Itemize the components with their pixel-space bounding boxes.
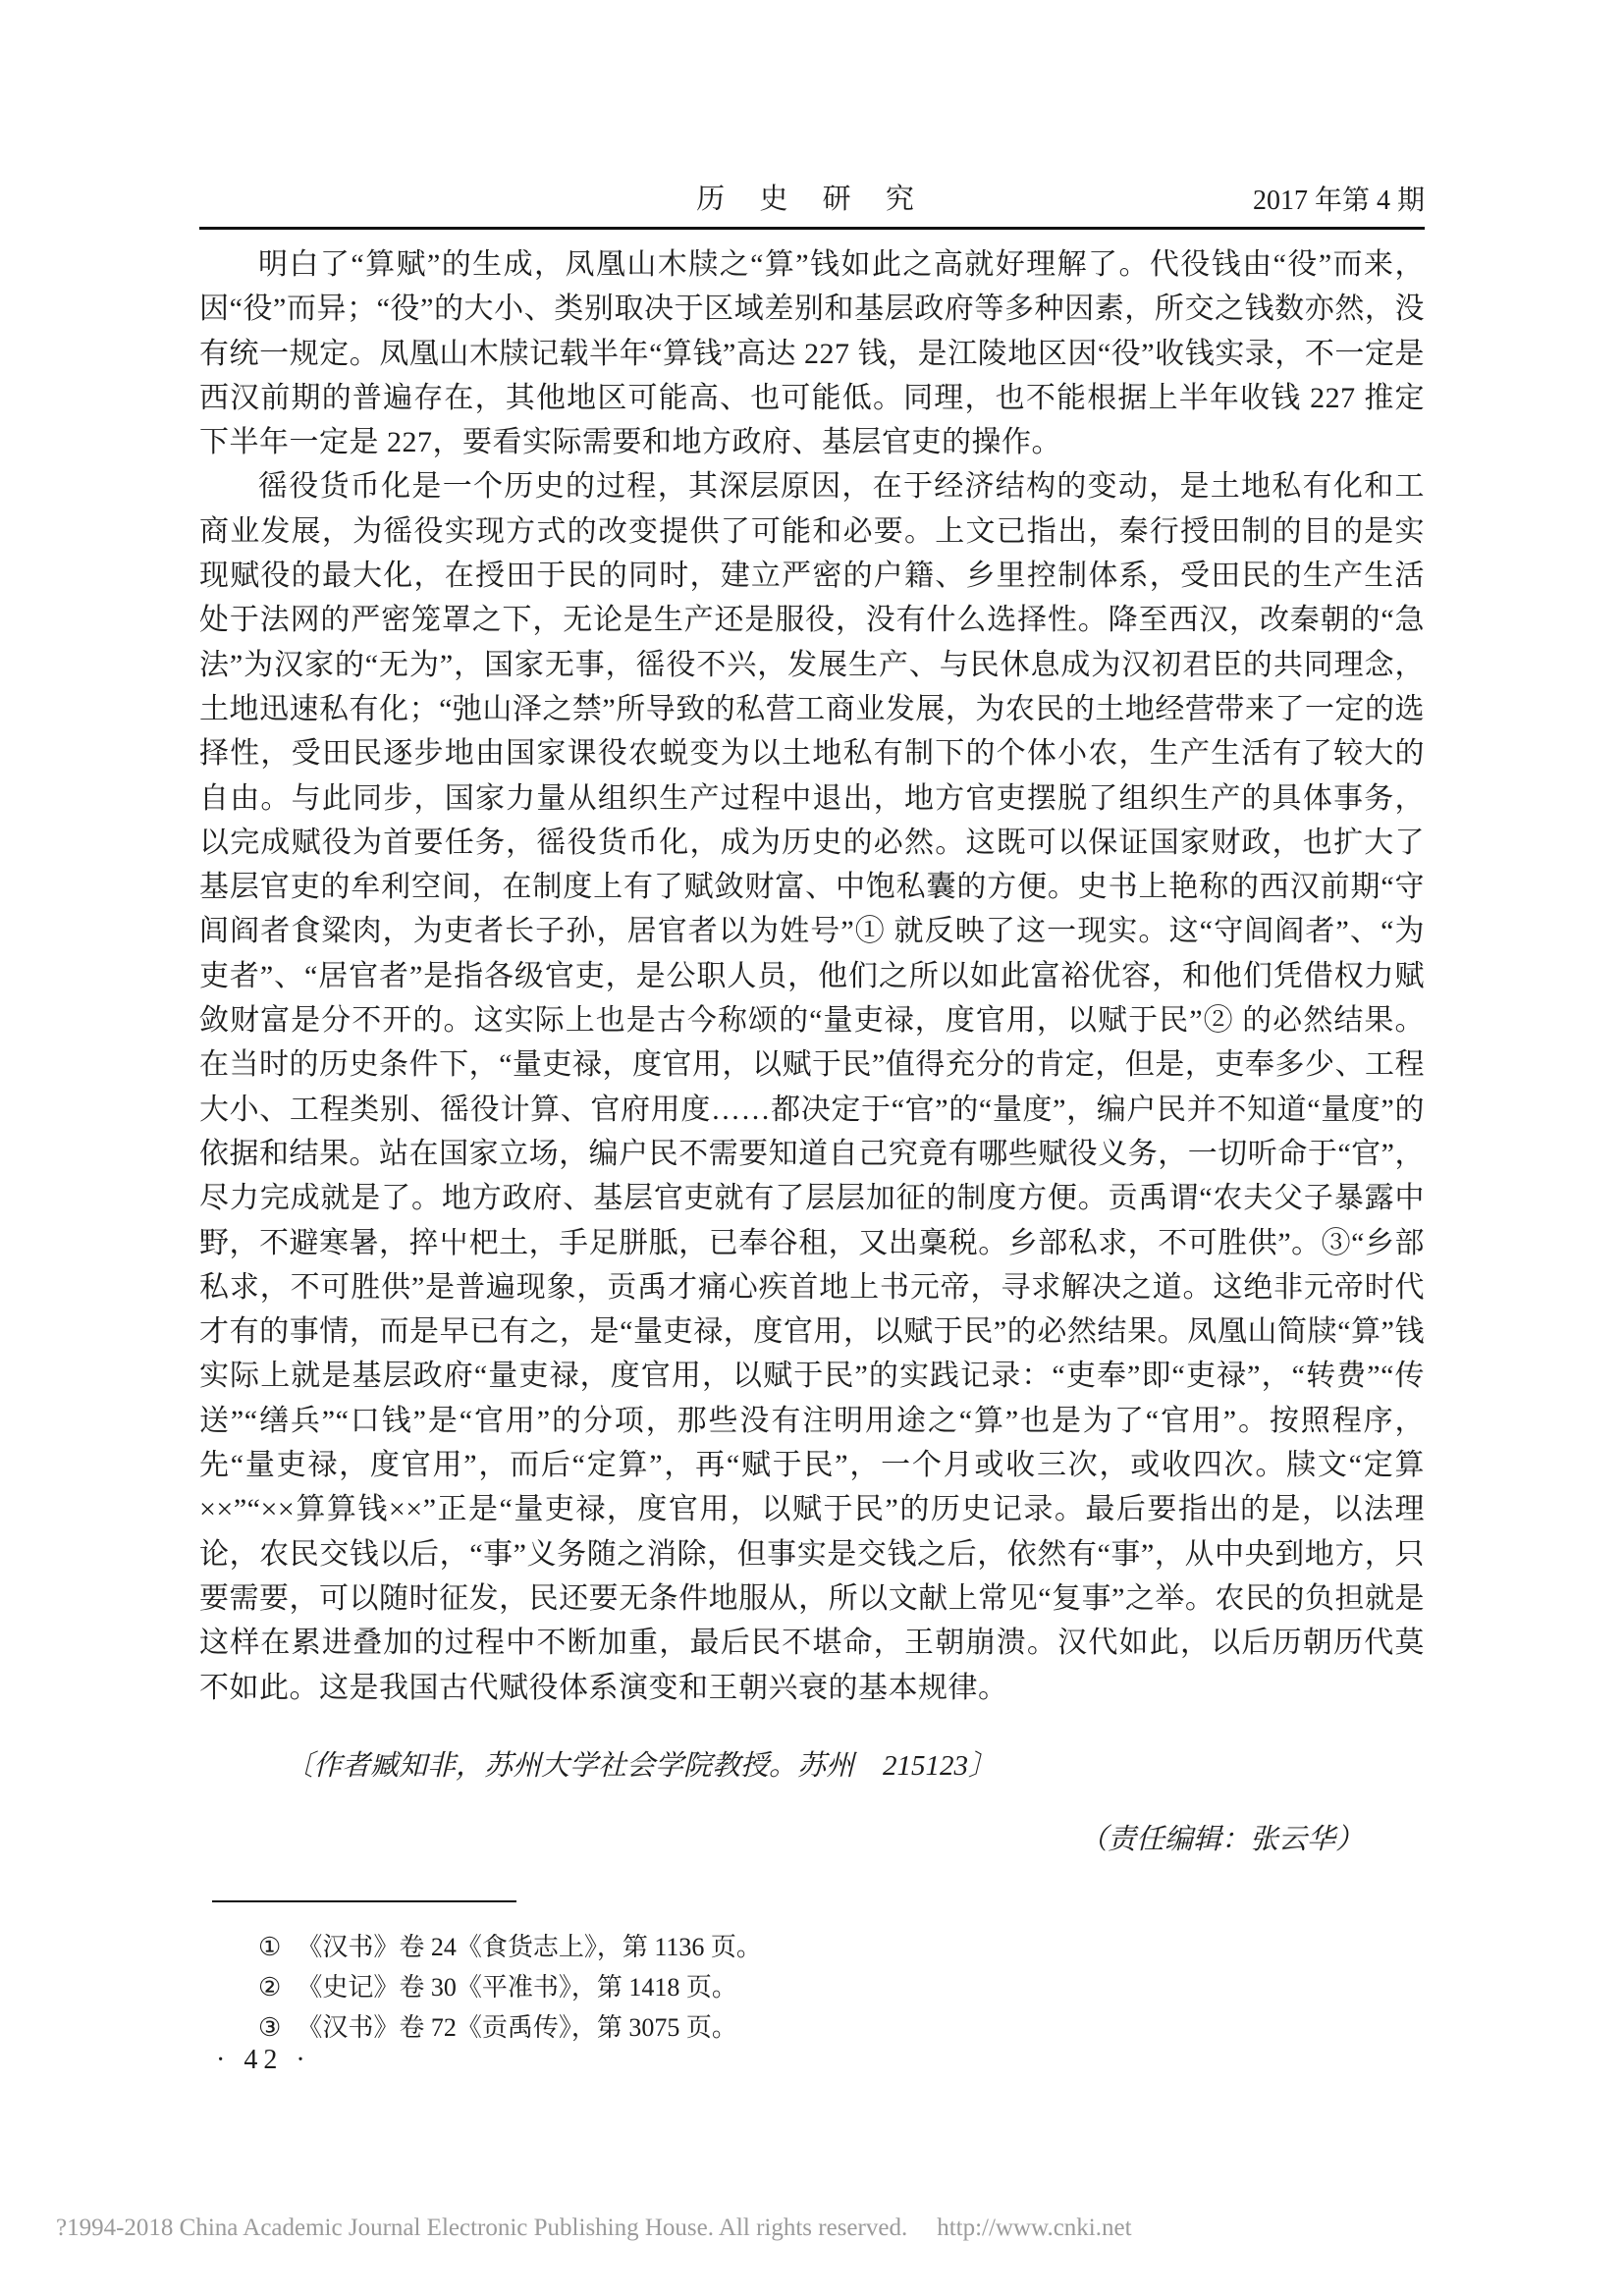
editor-note: （责任编辑：张云华）	[199, 1817, 1425, 1857]
article-body: 明白了“算赋”的生成，凤凰山木牍之“算”钱如此之高就好理解了。代役钱由“役”而来…	[199, 242, 1425, 1710]
footnote-1: ①《汉书》卷 24《食货志上》，第 1136 页。	[258, 1927, 762, 1967]
footnote-separator	[212, 1900, 516, 1902]
footnote-2-marker: ②	[258, 1973, 281, 2002]
footnote-3: ③《汉书》卷 72《贡禹传》，第 3075 页。	[258, 2007, 762, 2048]
footnote-3-marker: ③	[258, 2013, 281, 2042]
footnote-3-text: 《汉书》卷 72《贡禹传》，第 3075 页。	[297, 2013, 737, 2042]
journal-title: 历 史 研 究	[199, 177, 1425, 217]
cnki-footer: ?1994-2018 China Academic Journal Electr…	[56, 2215, 1132, 2242]
journal-page: 历 史 研 究 2017 年第 4 期 明白了“算赋”的生成，凤凰山木牍之“算”…	[0, 0, 1624, 2296]
paragraph-2: 徭役货币化是一个历史的过程，其深层原因，在于经济结构的变动，是土地私有化和工商业…	[199, 464, 1425, 1709]
issue-label: 2017 年第 4 期	[1253, 179, 1425, 218]
copyright-text: ?1994-2018 China Academic Journal Electr…	[56, 2215, 907, 2241]
author-note: 〔作者臧知非，苏州大学社会学院教授。苏州 215123〕	[199, 1743, 1425, 1784]
page-number: · 42 ·	[216, 2045, 311, 2076]
footnote-1-text: 《汉书》卷 24《食货志上》，第 1136 页。	[297, 1933, 762, 1961]
cnki-url: http://www.cnki.net	[937, 2215, 1131, 2241]
footnote-2-text: 《史记》卷 30《平准书》，第 1418 页。	[297, 1973, 737, 2002]
page-header: 历 史 研 究 2017 年第 4 期	[199, 177, 1425, 218]
header-rule	[199, 227, 1425, 230]
paragraph-1: 明白了“算赋”的生成，凤凰山木牍之“算”钱如此之高就好理解了。代役钱由“役”而来…	[199, 242, 1425, 464]
footnotes-list: ①《汉书》卷 24《食货志上》，第 1136 页。 ②《史记》卷 30《平准书》…	[258, 1927, 762, 2048]
footnote-2: ②《史记》卷 30《平准书》，第 1418 页。	[258, 1967, 762, 2007]
footnote-1-marker: ①	[258, 1933, 281, 1961]
